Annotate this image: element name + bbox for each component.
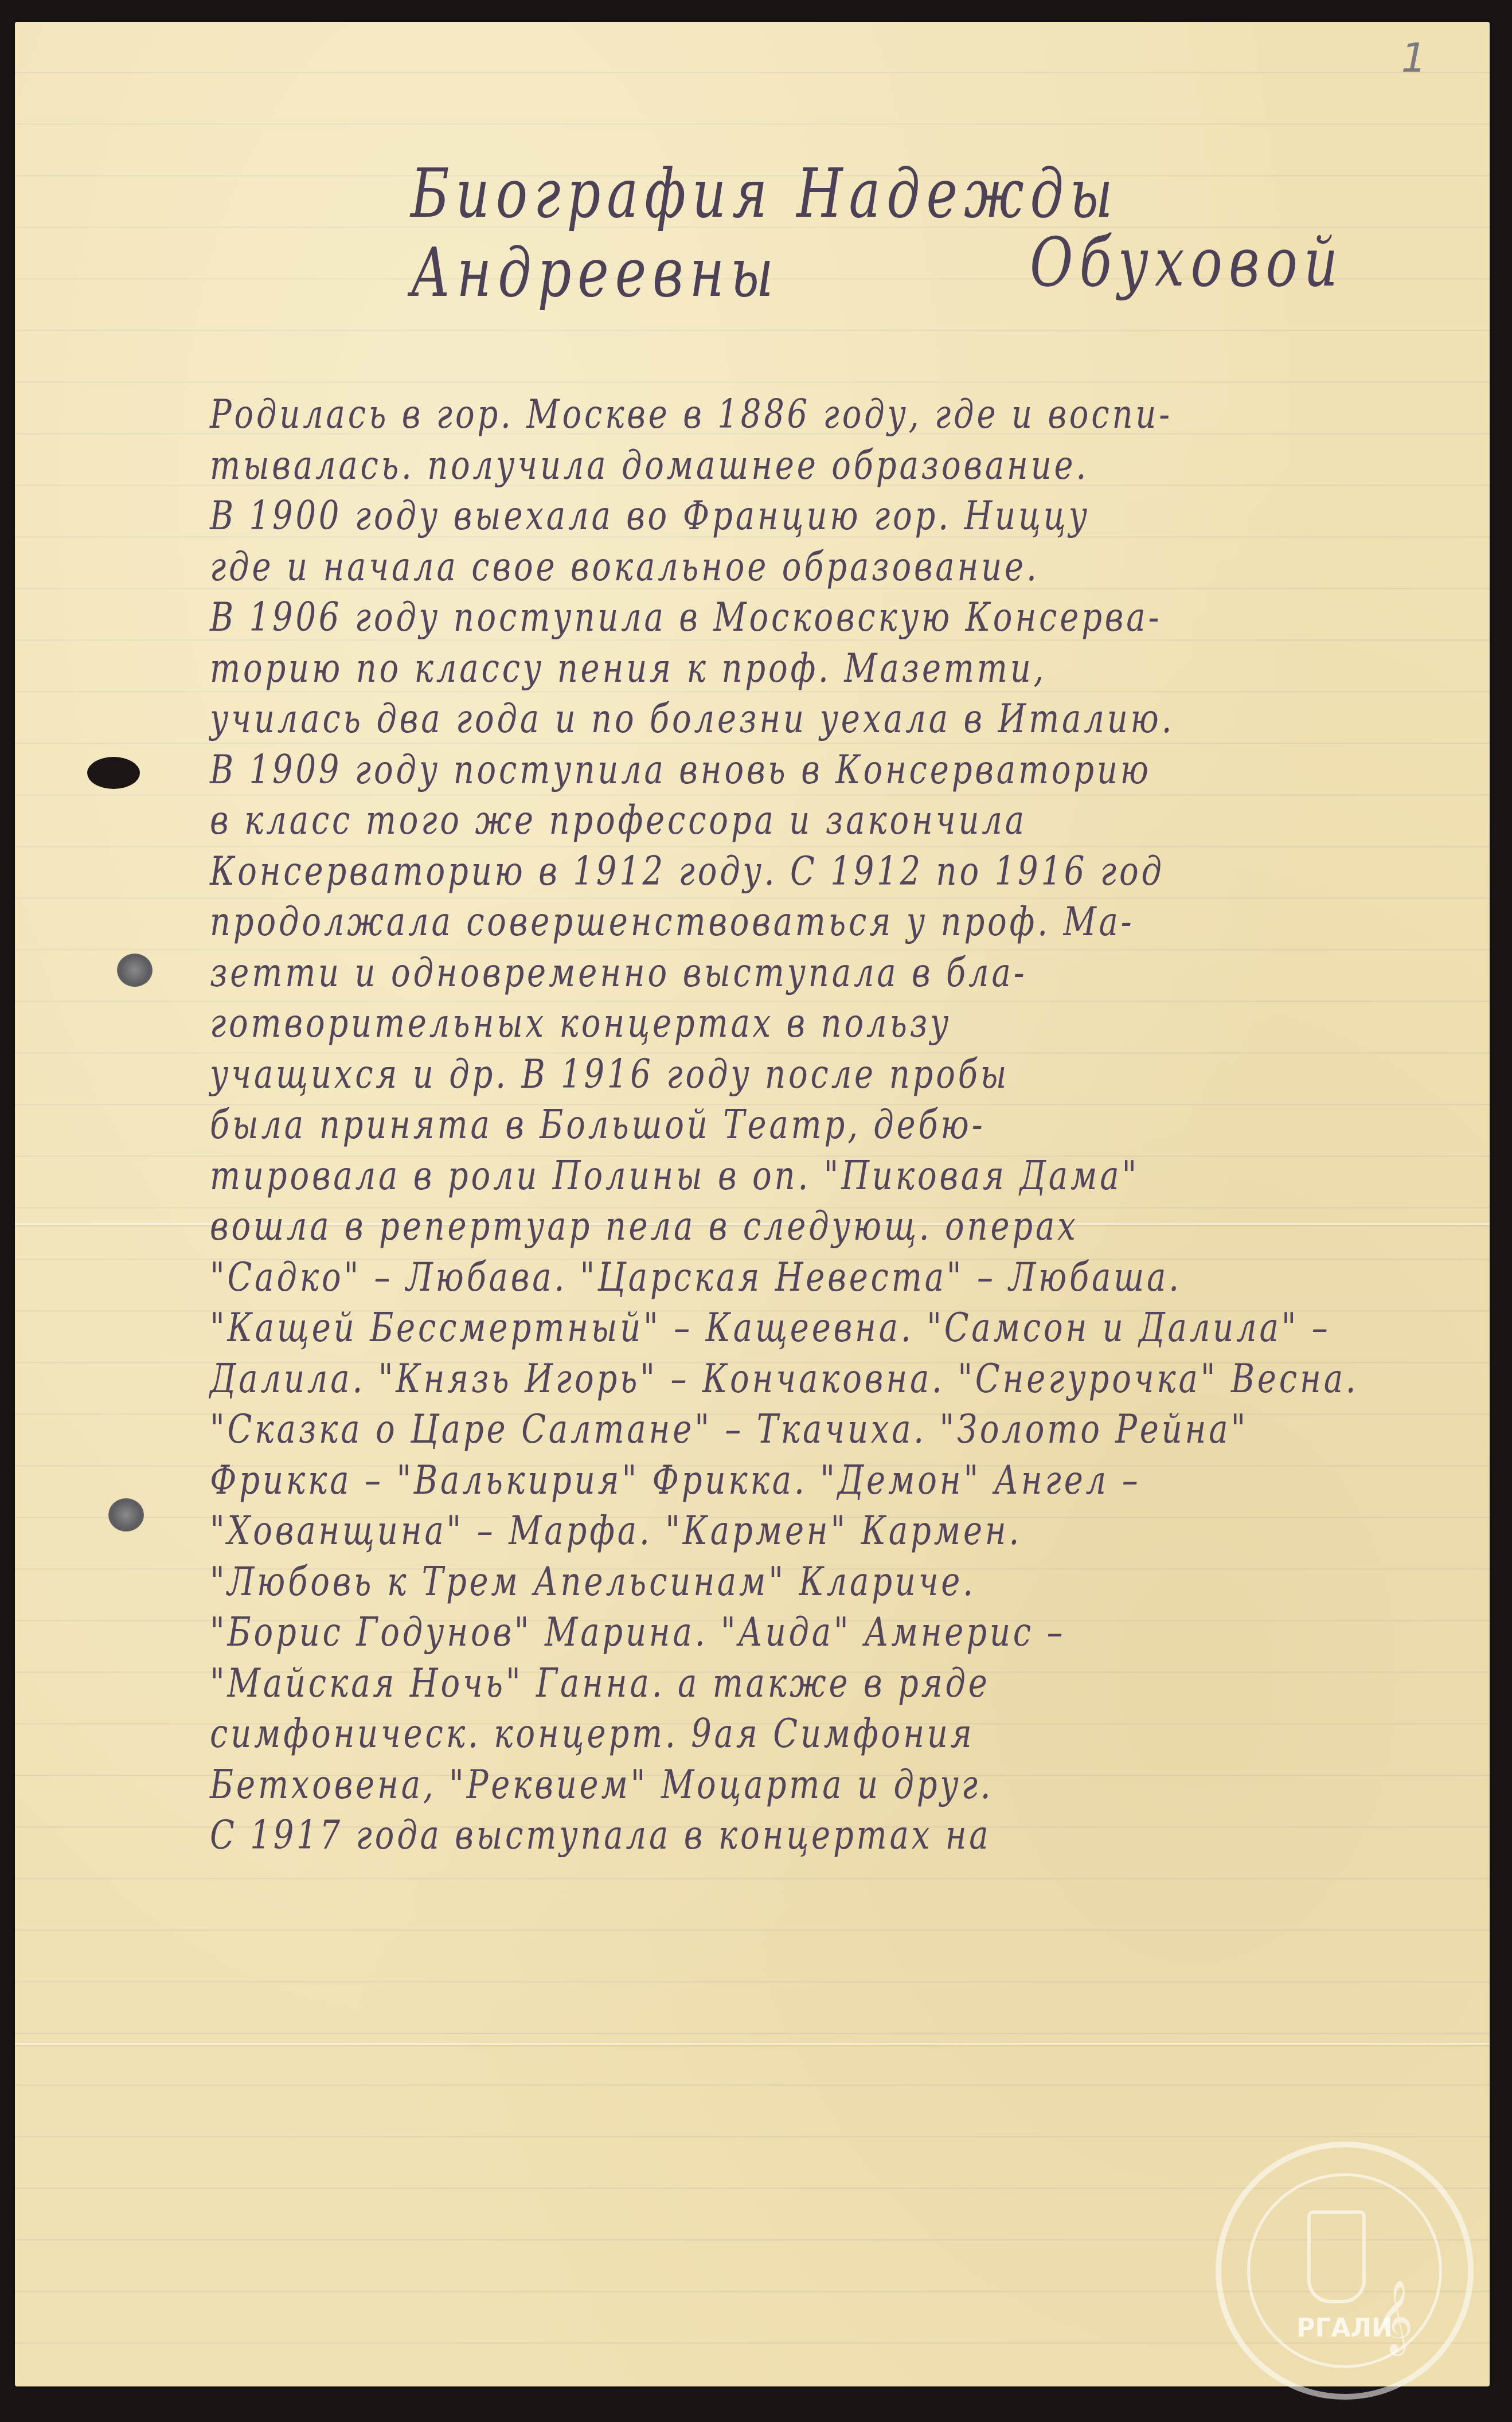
text-line: продолжала совершенствоваться у проф. Ма… bbox=[210, 896, 1251, 947]
text-line: Консерваторию в 1912 году. С 1912 по 191… bbox=[210, 846, 1251, 897]
text-line: вошла в репертуар пела в следующ. операх bbox=[210, 1201, 1251, 1252]
text-line: была принята в Большой Театр, дебю- bbox=[210, 1099, 1251, 1150]
text-line: "Любовь к Трем Апельсинам" Клариче. bbox=[210, 1556, 1251, 1607]
text-line: Родилась в гор. Москве в 1886 году, где … bbox=[210, 389, 1251, 440]
text-line: В 1909 году поступила вновь в Консервато… bbox=[210, 744, 1251, 795]
text-line: готворительных концертах в пользу bbox=[210, 998, 1251, 1049]
text-line: "Сказка о Царе Салтане" – Ткачиха. "Золо… bbox=[210, 1404, 1251, 1455]
text-line: торию по классу пения к проф. Мазетти, bbox=[210, 643, 1251, 694]
page-number: 1 bbox=[1401, 34, 1427, 81]
text-line: "Садко" – Любава. "Царская Невеста" – Лю… bbox=[210, 1252, 1251, 1303]
theatre-mask-icon bbox=[1307, 2210, 1366, 2303]
text-line: Фрикка – "Валькирия" Фрикка. "Демон" Анг… bbox=[210, 1455, 1251, 1506]
hole-patch-icon bbox=[108, 1498, 144, 1532]
text-line: "Хованщина" – Марфа. "Кармен" Кармен. bbox=[210, 1505, 1251, 1556]
paper-fold-line bbox=[15, 2043, 1490, 2045]
text-line: в класс того же профессора и закончила bbox=[210, 795, 1251, 846]
text-line: тывалась. получила домашнее образование. bbox=[210, 440, 1251, 491]
text-line: тировала в роли Полины в оп. "Пиковая Да… bbox=[210, 1150, 1251, 1201]
stamp-label: РГАЛИ bbox=[1221, 2314, 1468, 2343]
text-line: училась два года и по болезни уехала в И… bbox=[210, 693, 1251, 744]
text-line: где и начала свое вокальное образование. bbox=[210, 541, 1251, 592]
text-line: "Майская Ночь" Ганна. а также в ряде bbox=[210, 1658, 1251, 1709]
punch-hole-icon bbox=[87, 757, 140, 789]
text-line: зетти и одновременно выступала в бла- bbox=[210, 947, 1251, 998]
text-line: "Кащей Бессмертный" – Кащеевна. "Самсон … bbox=[210, 1302, 1251, 1353]
text-line: С 1917 года выступала в концертах на bbox=[210, 1810, 1251, 1861]
document-title-surname: Обуховой bbox=[1030, 222, 1344, 302]
text-line: В 1900 году выехала во Францию гор. Ницц… bbox=[210, 490, 1251, 541]
archive-stamp-watermark: 𝄞 РГАЛИ bbox=[1216, 2142, 1474, 2400]
text-line: В 1906 году поступила в Московскую Консе… bbox=[210, 592, 1251, 643]
manuscript-page: 1 Биография Надежды Андреевны Обуховой Р… bbox=[15, 22, 1490, 2386]
text-line: учащихся и др. В 1916 году после пробы bbox=[210, 1049, 1251, 1100]
hole-patch-icon bbox=[117, 954, 153, 987]
text-line: Бетховена, "Реквием" Моцарта и друг. bbox=[210, 1759, 1251, 1810]
text-line: "Борис Годунов" Марина. "Аида" Амнерис – bbox=[210, 1607, 1251, 1658]
biography-text: Родилась в гор. Москве в 1886 году, где … bbox=[210, 389, 1511, 1861]
text-line: симфоническ. концерт. 9ая Симфония bbox=[210, 1708, 1251, 1759]
text-line: Далила. "Князь Игорь" – Кончаковна. "Сне… bbox=[210, 1353, 1251, 1404]
